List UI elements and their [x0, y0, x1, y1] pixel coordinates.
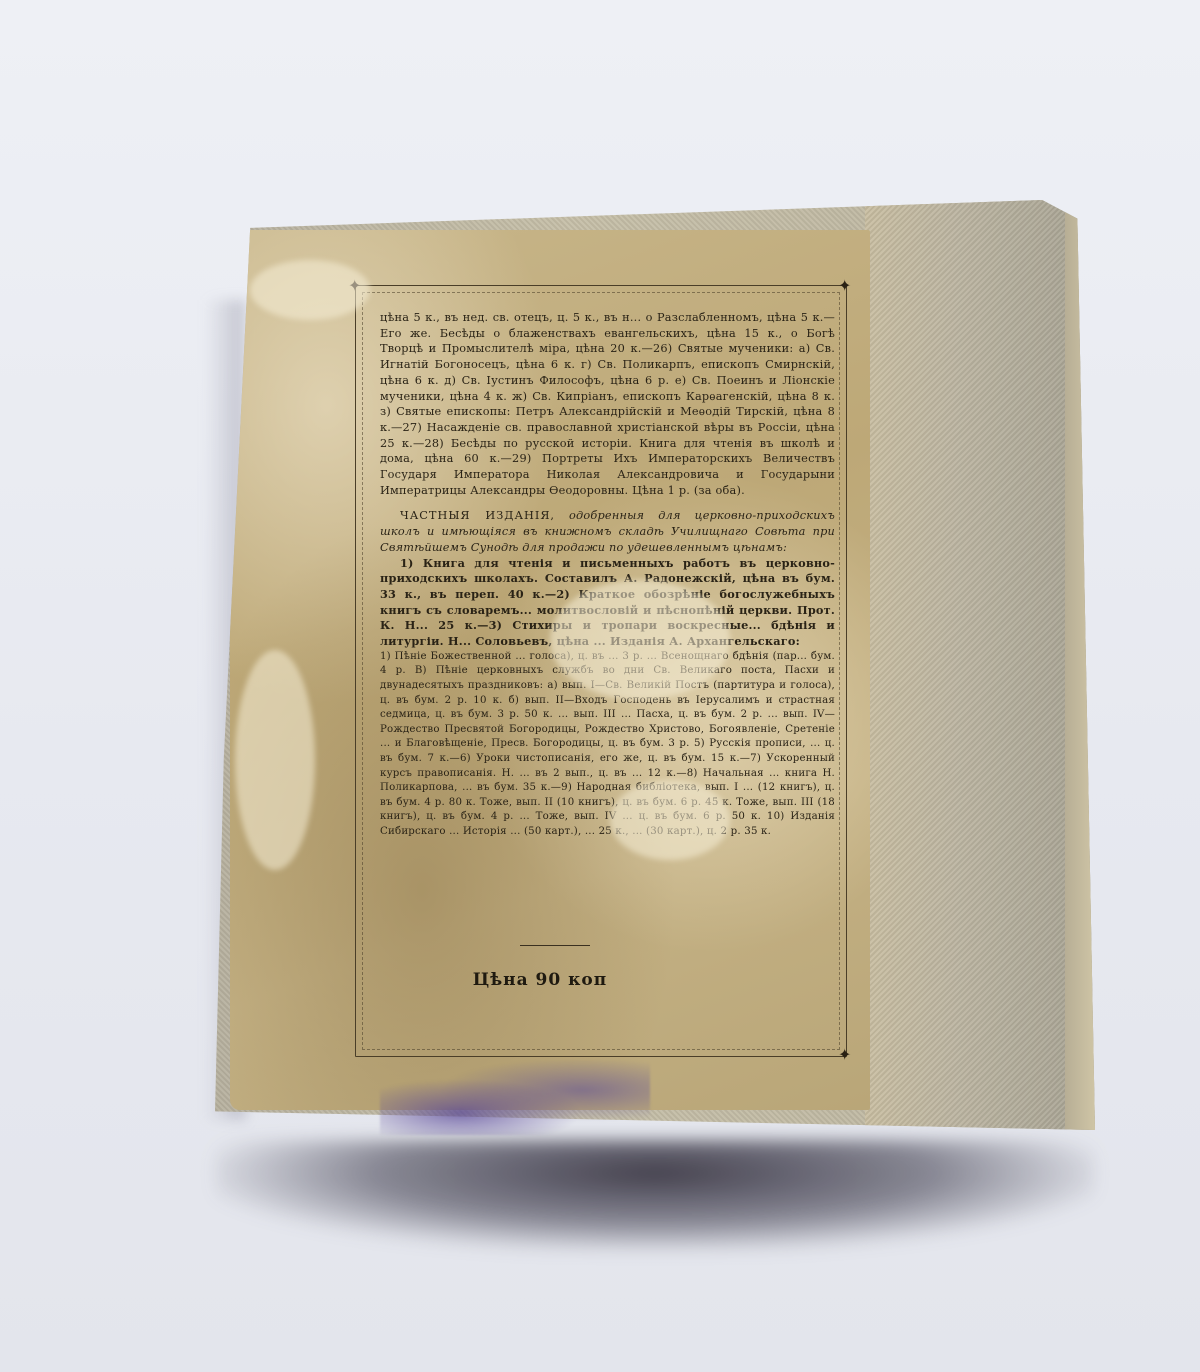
paper-label: ✦ ✦ ✦ цѣна 5 к., въ нед. св. отецъ, ц. 5… — [230, 230, 870, 1110]
catalog-text: цѣна 5 к., въ нед. св. отецъ, ц. 5 к., в… — [380, 310, 835, 839]
spine-edge — [1065, 200, 1095, 1130]
wear-mark — [250, 260, 370, 320]
ink-stamp — [380, 1060, 650, 1135]
section-heading: ЧАСТНЫЯ ИЗДАНІЯ, одобренныя для церковно… — [380, 508, 835, 555]
corner-ornament-icon: ✦ — [838, 276, 851, 295]
book-back-cover: ✦ ✦ ✦ цѣна 5 к., въ нед. св. отецъ, ц. 5… — [215, 200, 1095, 1130]
price-label: Цѣна 90 коп — [460, 970, 620, 990]
catalog-paragraph-1: цѣна 5 к., въ нед. св. отецъ, ц. 5 к., в… — [380, 310, 835, 498]
book-spine — [865, 200, 1095, 1130]
divider-line — [520, 945, 590, 946]
corner-ornament-icon: ✦ — [838, 1045, 851, 1064]
section-title: ЧАСТНЫЯ ИЗДАНІЯ, — [400, 509, 555, 522]
wear-mark — [610, 780, 730, 860]
cast-shadow — [215, 1140, 1095, 1250]
wear-mark — [235, 650, 315, 870]
wear-mark — [550, 580, 730, 700]
